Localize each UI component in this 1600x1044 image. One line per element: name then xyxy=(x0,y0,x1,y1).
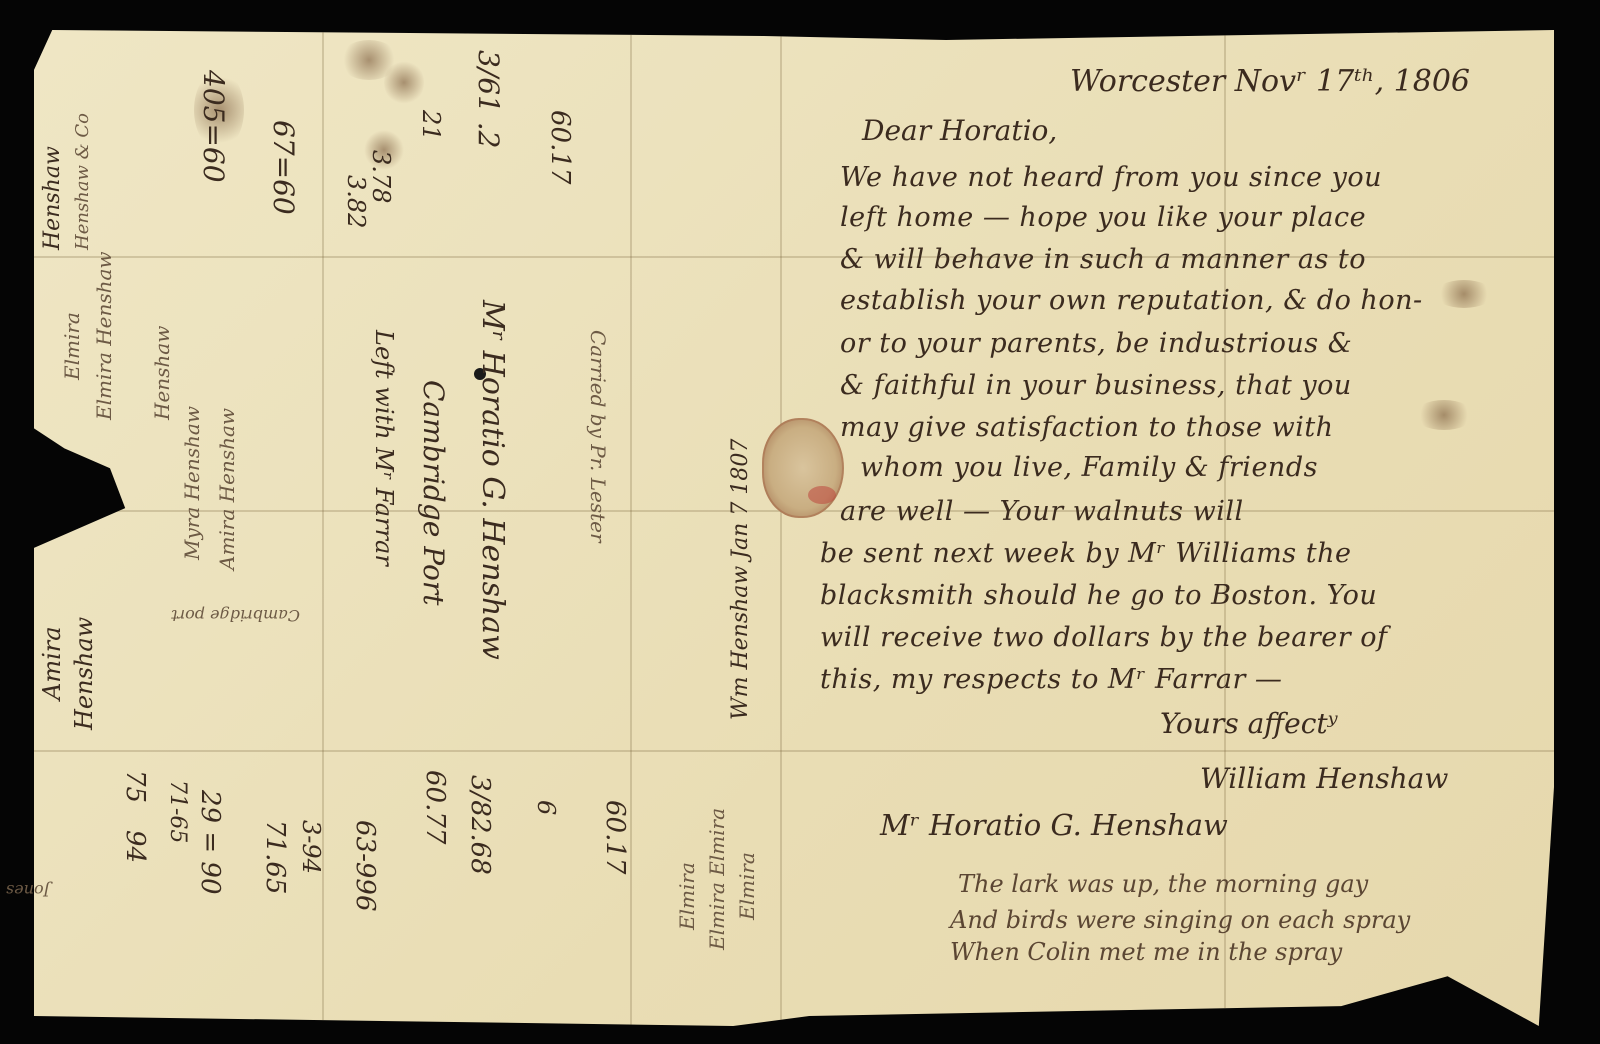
signature: William Henshaw xyxy=(1200,762,1448,795)
poem-line: And birds were singing on each spray xyxy=(950,906,1410,934)
margin-figure: 6 xyxy=(532,800,560,815)
margin-name: Elmira xyxy=(675,862,699,930)
margin-figure: 3/82.68 xyxy=(465,775,495,875)
margin-name: Henshaw xyxy=(70,617,98,730)
salutation: Dear Horatio, xyxy=(862,114,1057,147)
fold-crease xyxy=(780,30,782,1026)
body-line: this, my respects to Mʳ Farrar — xyxy=(820,664,1282,695)
margin-name: Cambridge port xyxy=(171,606,300,625)
margin-figure: 3.78 xyxy=(367,150,395,203)
body-line: be sent next week by Mʳ Williams the xyxy=(820,538,1351,569)
margin-figure: 60.17 xyxy=(545,110,575,184)
body-line: or to your parents, be industrious & xyxy=(840,328,1352,359)
margin-figure: 71.65 xyxy=(260,820,290,894)
docket: Wm Henshaw Jan 7 1807 xyxy=(728,439,753,720)
body-line: We have not heard from you since you xyxy=(840,162,1382,193)
margin-figure: 405=60 xyxy=(197,70,230,183)
body-line: & faithful in your business, that you xyxy=(840,370,1352,401)
address-faint-note: Carried by Pr. Lester xyxy=(586,330,610,543)
recipient-line: Mʳ Horatio G. Henshaw xyxy=(880,808,1228,842)
body-line: left home — hope you like your place xyxy=(840,202,1366,233)
poem-line: The lark was up, the morning gay xyxy=(958,870,1368,898)
address-carrier: Left with Mʳ Farrar xyxy=(370,330,398,566)
margin-name: Elmira Henshaw xyxy=(92,251,116,420)
dateline: Worcester Novʳ 17ᵗʰ, 1806 xyxy=(1070,64,1470,99)
body-line: establish your own reputation, & do hon- xyxy=(840,285,1423,316)
margin-name: Elmira xyxy=(60,312,84,380)
margin-name: Henshaw xyxy=(40,146,65,250)
margin-name: Elmira xyxy=(735,852,759,920)
margin-figure: 60.17 xyxy=(600,800,630,874)
body-line: are well — Your walnuts will xyxy=(840,496,1244,527)
margin-figure: 71-65 xyxy=(165,780,190,843)
letter-body: Worcester Novʳ 17ᵗʰ, 1806 Dear Horatio, … xyxy=(840,52,1520,812)
margin-name: Myra Henshaw xyxy=(180,406,204,560)
margin-scrawl: Jones xyxy=(6,881,50,900)
margin-figure: 29 = 90 xyxy=(195,790,225,894)
margin-figure: 60.77 xyxy=(420,770,450,844)
address-name: Mʳ Horatio G. Henshaw xyxy=(475,300,510,660)
margin-figure: 3.82 xyxy=(342,175,370,228)
fold-crease xyxy=(630,30,632,1026)
wax-seal xyxy=(762,418,844,518)
body-line: will receive two dollars by the bearer o… xyxy=(820,622,1388,653)
margin-figure: 67=60 xyxy=(267,120,300,215)
margin-name: Amira Henshaw xyxy=(215,408,239,570)
ink-stain xyxy=(384,60,424,105)
body-line: & will behave in such a manner as to xyxy=(840,244,1366,275)
address-town: Cambridge Port xyxy=(417,380,450,605)
margin-name: Henshaw xyxy=(150,326,174,420)
margin-figure: 3-94 xyxy=(297,820,325,874)
body-line: blacksmith should he go to Boston. You xyxy=(820,580,1377,611)
closing: Yours affectʸ xyxy=(1160,707,1338,740)
fold-crease xyxy=(322,30,324,1026)
margin-figure: 94 xyxy=(120,830,150,863)
margin-figure: 63-996 xyxy=(350,820,380,912)
margin-name: Elmira Elmira xyxy=(705,808,729,950)
poem-line: When Colin met me in the spray xyxy=(950,938,1342,966)
body-line: whom you live, Family & friends xyxy=(860,452,1318,483)
margin-figure: 3/61 .2 xyxy=(472,50,505,149)
margin-figure: 21 xyxy=(417,110,445,141)
margin-name: Amira xyxy=(38,626,66,700)
margin-figure: 75 xyxy=(120,770,150,803)
body-line: may give satisfaction to those with xyxy=(840,412,1334,443)
margin-name: Henshaw & Co xyxy=(72,113,93,250)
